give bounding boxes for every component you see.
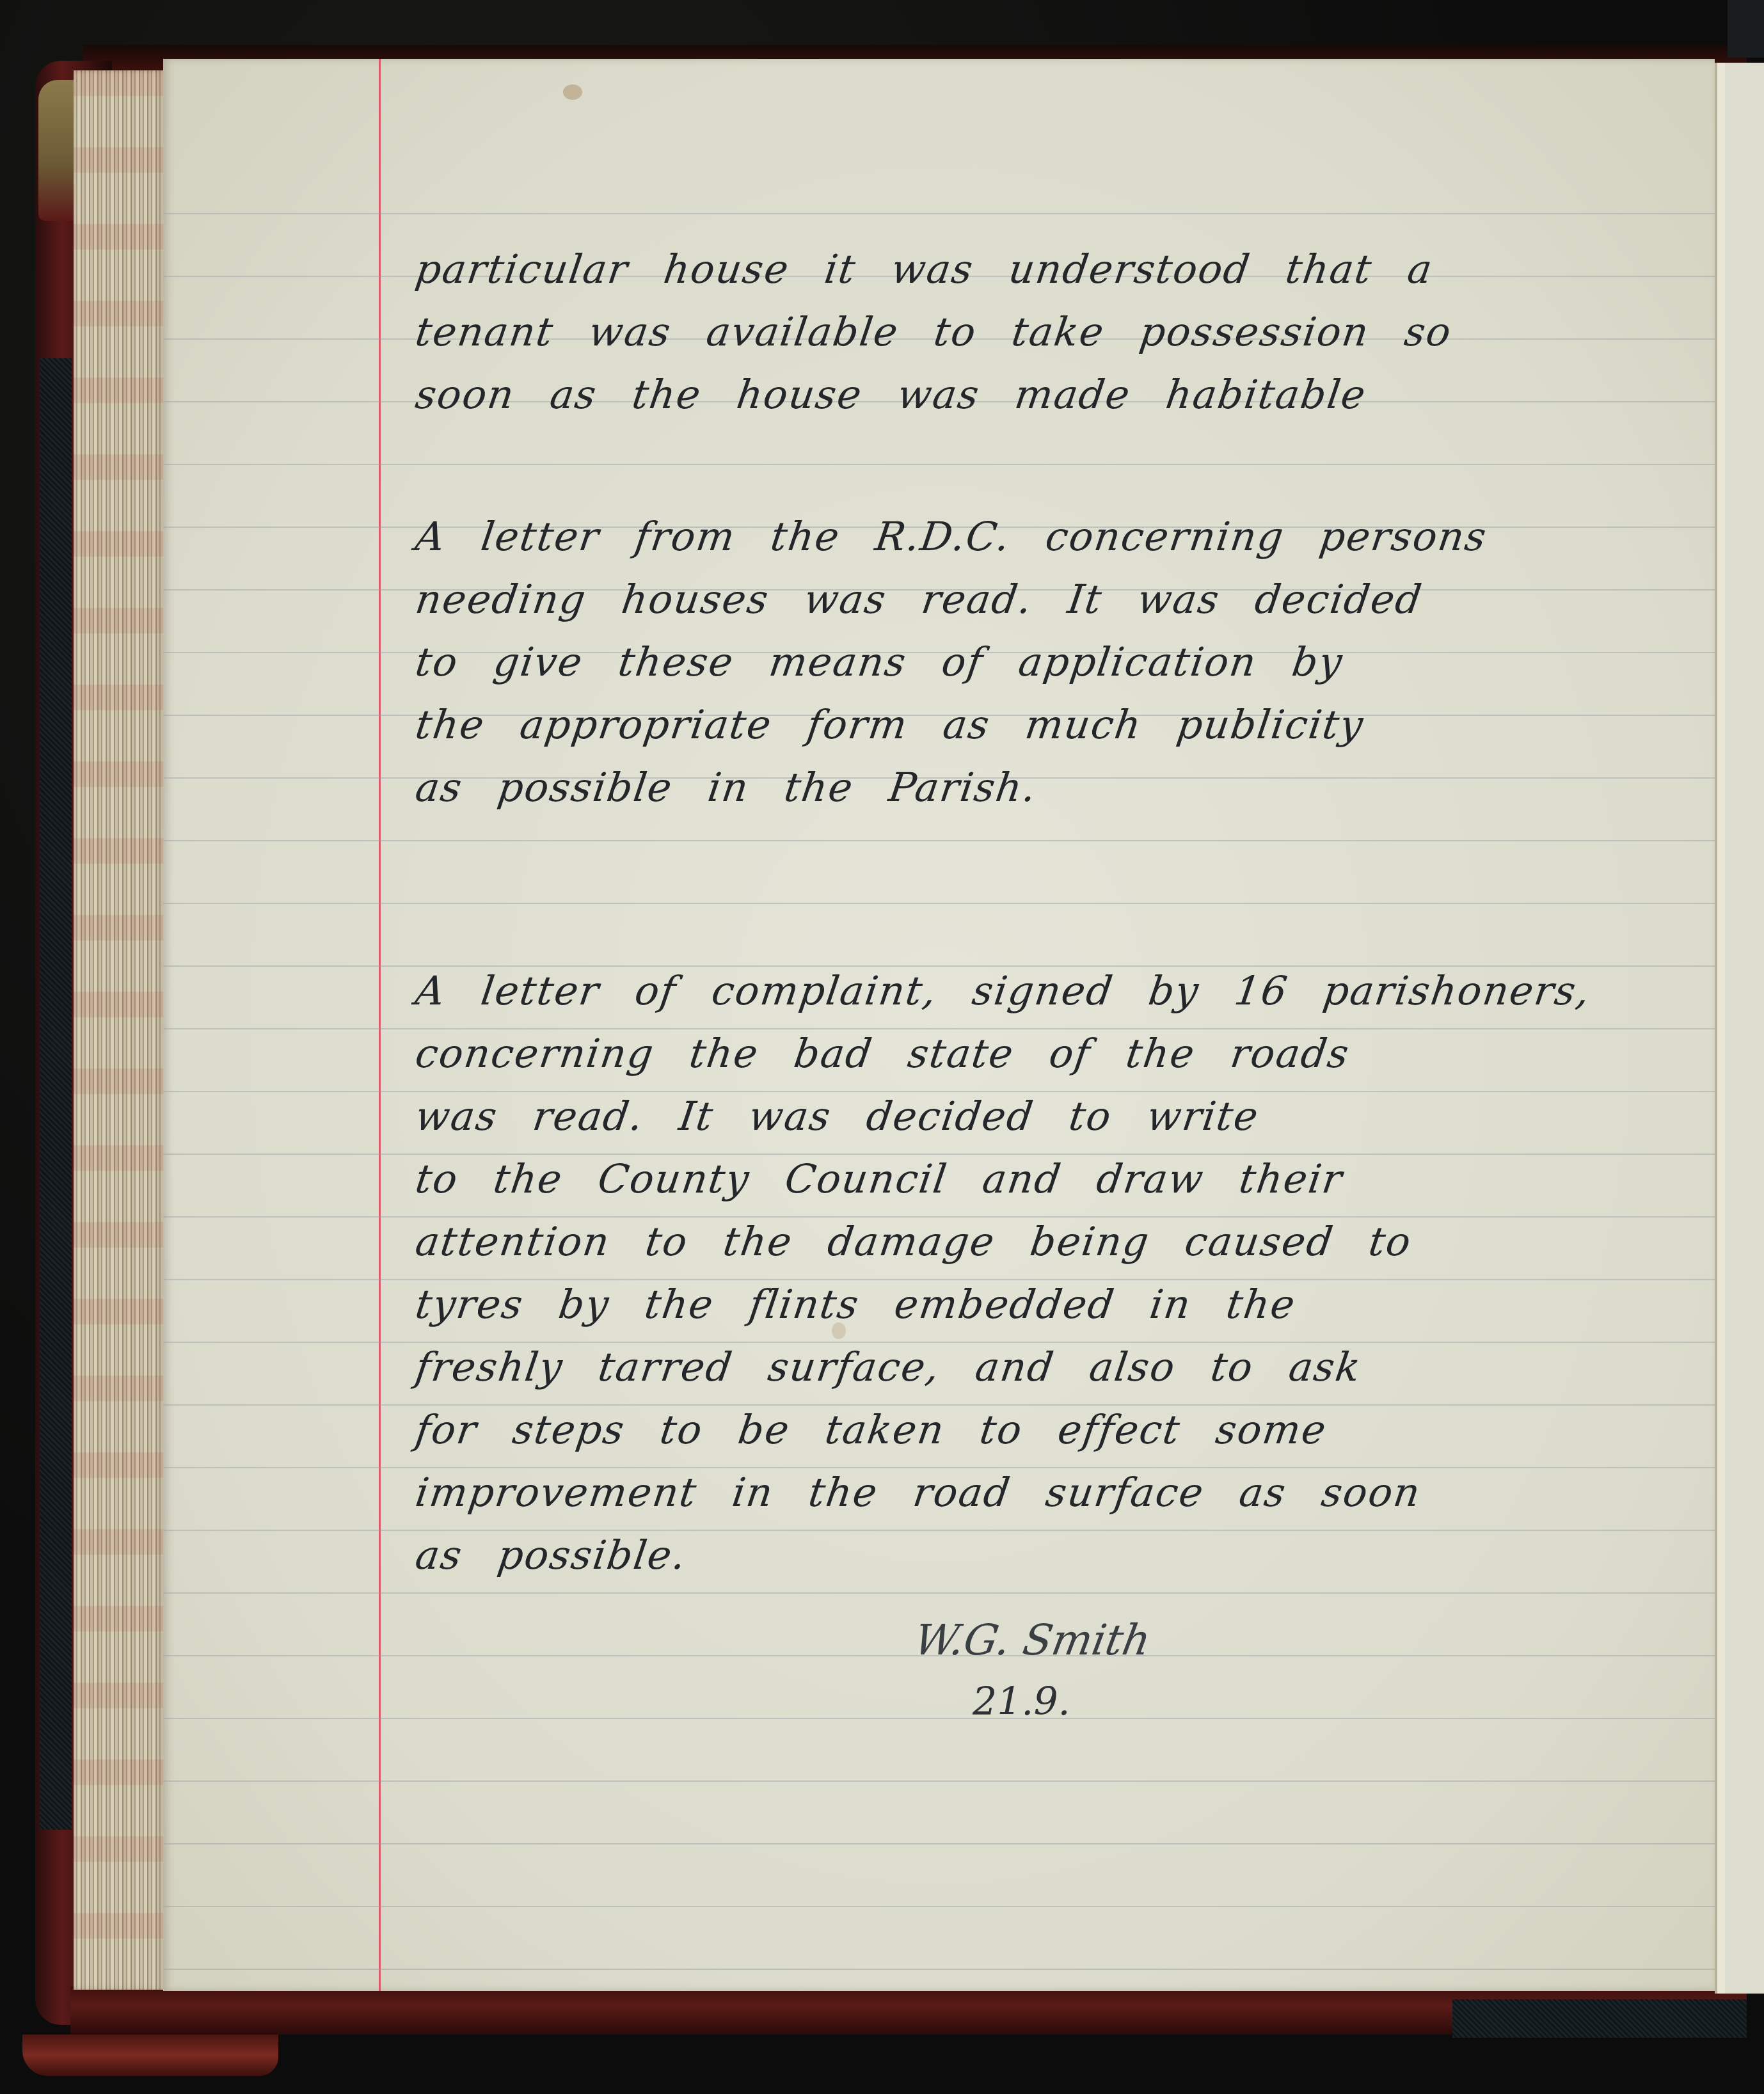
text-line: concerning the bad state of the roads	[411, 1022, 1354, 1085]
ruled-line	[163, 1969, 1715, 1970]
ruled-line	[163, 213, 1715, 214]
text-line: improvement in the road surface as soon	[411, 1461, 1425, 1524]
signature-date: 21.9.	[973, 1679, 1070, 1724]
text-line: needing houses was read. It was decided	[411, 568, 1427, 631]
facing-page-edge	[1715, 63, 1764, 1994]
text-line: freshly tarred surface, and also to ask	[411, 1336, 1365, 1399]
text-line: soon as the house was made habitable	[411, 363, 1371, 426]
ruled-line	[163, 1781, 1715, 1782]
book-cloth-bottom	[1452, 1999, 1747, 2038]
text-line: to the County Council and draw their	[411, 1148, 1347, 1210]
text-line: was read. It was decided to write	[411, 1085, 1263, 1148]
ruled-line	[163, 1592, 1715, 1594]
book-cloth-binding	[40, 358, 72, 1830]
text-line: A letter from the R.D.C. concerning pers…	[411, 505, 1491, 568]
text-line: attention to the damage being caused to	[411, 1210, 1416, 1273]
text-line: tenant was available to take possession …	[411, 301, 1456, 363]
text-line: the appropriate form as much publicity	[411, 694, 1368, 756]
text-line: to give these means of application by	[411, 631, 1347, 694]
worn-cover-corner-bottom	[22, 2035, 278, 2076]
ruled-line	[163, 903, 1715, 904]
ruled-line	[163, 1530, 1715, 1531]
ruled-line	[163, 1906, 1715, 1907]
paper-stain	[563, 84, 582, 100]
text-line: for steps to be taken to effect some	[411, 1399, 1331, 1461]
text-line: particular house it was understood that …	[411, 238, 1437, 301]
page-stack-edges	[74, 70, 166, 1990]
ruled-line	[163, 840, 1715, 841]
signature: W.G. Smith	[910, 1615, 1154, 1665]
ruled-line	[163, 1718, 1715, 1719]
text-line: as possible.	[411, 1524, 691, 1587]
ruled-line	[163, 1843, 1715, 1844]
text-line: A letter of complaint, signed by 16 pari…	[411, 960, 1594, 1022]
binding-strip-right	[1728, 0, 1764, 58]
ruled-line	[163, 464, 1715, 465]
red-margin-rule	[379, 59, 381, 1991]
text-line: tyres by the flints embedded in the	[411, 1273, 1300, 1336]
text-line: as possible in the Parish.	[411, 756, 1041, 819]
